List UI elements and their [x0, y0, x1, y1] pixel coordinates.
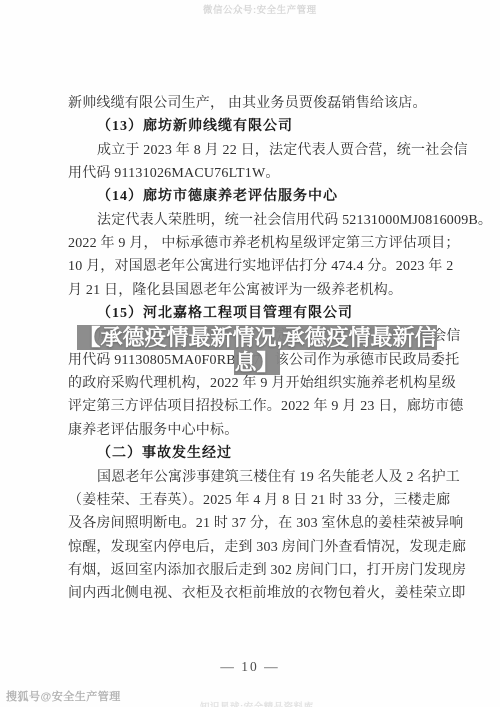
text-line: 2022 年 9 月， 中标承德市养老机构星级评定第三方评估项目； [68, 232, 468, 255]
text-line: 新帅线缆有限公司生产， 由其业务员贾俊磊销售给该店。 [68, 92, 468, 115]
overlay-text: 【承德疫情最新情况,承德疫情最新信息】 [77, 325, 436, 375]
text-line: 有烟，返回室内添加衣服后走到 302 房间门口，打开房门发现房 [68, 559, 468, 582]
text-line: 的政府采购代理机构，2022 年 9 月开始组织实施养老机构星级 [68, 372, 468, 395]
text-line: （13）廊坊新帅线缆有限公司 [68, 115, 468, 138]
text-line: （姜桂荣、王春英）。2025 年 4 月 8 日 21 时 33 分，三楼走廊 [68, 489, 468, 512]
text-line: 惊醒，发现室内停电后，走到 303 房间门外查看情况，发现走廊 [68, 536, 468, 559]
text-line: 10 月，对国恩老年公寓进行实地评估打分 474.4 分。2023 年 2 [68, 255, 468, 278]
text-line: 康养老评估服务中心中标。 [68, 419, 468, 442]
watermark-overlay-title: 【承德疫情最新情况,承德疫情最新信息】 [75, 325, 439, 375]
text-line: 评定第三方评估项目招投标工作。2022 年 9 月 23 日，廊坊市德 [68, 395, 468, 418]
watermark-top: 微信公众号:安全生产管理 [203, 2, 317, 16]
text-line: （15）河北嘉格工程项目管理有限公司 [68, 302, 468, 325]
text-line: 国恩老年公寓涉事建筑三楼住有 19 名失能老人及 2 名护工 [68, 466, 468, 489]
text-line: （14）廊坊市德康养老评估服务中心 [68, 185, 468, 208]
text-line: 用代码 91131026MACU76LT1W。 [68, 162, 468, 185]
page-number: — 10 — [0, 659, 500, 675]
watermark-bottom-left: 搜狐号@安全生产管理 [6, 688, 121, 704]
text-line: 间内西北侧电视、衣柜及衣柜前堆放的衣物包着火，姜桂荣立即 [68, 582, 468, 605]
document-page: 微信公众号:安全生产管理 新帅线缆有限公司生产， 由其业务员贾俊磊销售给该店。（… [0, 0, 500, 707]
text-line: （二）事故发生经过 [68, 442, 468, 465]
text-line: 及各房间照明断电。21 时 37 分，在 303 室休息的姜桂荣被异响 [68, 512, 468, 535]
text-line: 月 21 日，隆化县国恩老年公寓被评为一级养老机构。 [68, 279, 468, 302]
watermark-bottom-center: 知识星球:安全精品资料库 [200, 699, 314, 707]
text-line: 成立于 2023 年 8 月 22 日，法定代表人贾合营，统一社会信 [68, 139, 468, 162]
text-line: 法定代表人荣胜明，统一社会信用代码 52131000MJ0816009B。 [68, 209, 468, 232]
